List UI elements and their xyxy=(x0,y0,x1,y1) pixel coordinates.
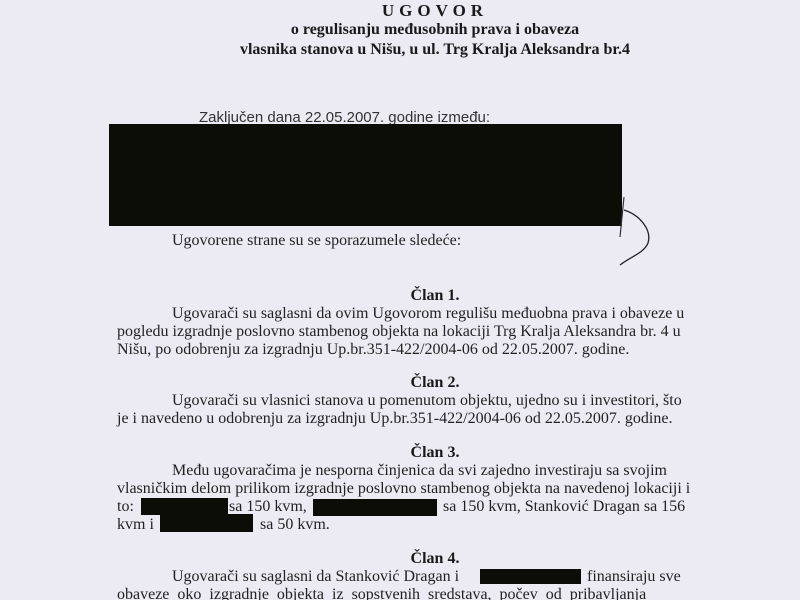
redacted-parties-block xyxy=(109,124,622,226)
article-4-line-1-end: finansiraju sve xyxy=(587,568,681,586)
parties-agreed-line: Ugovorene strane su se sporazumele slede… xyxy=(172,232,461,250)
redacted-name-1 xyxy=(141,498,228,515)
redacted-name-2 xyxy=(313,499,437,516)
redacted-name-3 xyxy=(160,514,253,532)
document-title: UGOVOR xyxy=(0,1,800,21)
article-3-line-3-end: sa 150 kvm, Stanković Dragan sa 156 xyxy=(443,498,685,516)
article-3-line-3-start: to: xyxy=(117,498,134,516)
article-3-line-4-start: kvm i xyxy=(117,516,154,534)
article-2-heading: Član 2. xyxy=(0,374,800,392)
article-2-line-1: Ugovarači su vlasnici stanova u pomenuto… xyxy=(172,392,682,410)
article-1-line-1: Ugovarači su saglasni da ovim Ugovorom r… xyxy=(172,305,684,323)
article-3-line-4-end: sa 50 kvm. xyxy=(260,516,330,534)
document-subtitle-line1: o regulisanju međusobnih prava i obaveza xyxy=(0,21,800,39)
article-1-line-2: pogledu izgradnje poslovno stambenog obj… xyxy=(117,323,681,341)
article-3-line-1: Među ugovaračima je nesporna činjenica d… xyxy=(172,462,667,480)
article-1-line-3: Nišu, po odobrenju za izgradnju Up.br.35… xyxy=(117,341,629,359)
scanned-contract-page: UGOVOR o regulisanju međusobnih prava i … xyxy=(0,0,800,600)
article-3-line-2: vlasničkim delom prilikom izgradnje posl… xyxy=(117,480,690,498)
article-1-heading: Član 1. xyxy=(0,287,800,305)
article-3-heading: Član 3. xyxy=(0,444,800,462)
handwritten-mark xyxy=(600,185,660,270)
article-4-heading: Član 4. xyxy=(0,550,800,568)
article-4-line-1-start: Ugovarači su saglasni da Stanković Draga… xyxy=(172,568,459,586)
redacted-name-4 xyxy=(480,569,581,584)
article-2-line-2: je i navedeno u odobrenju za izgradnju U… xyxy=(117,410,672,428)
article-4-line-2: obaveze oko izgradnje objekta iz sopstve… xyxy=(117,586,646,600)
document-subtitle-line2: vlasnika stanova u Nišu, u ul. Trg Kralj… xyxy=(0,41,800,59)
